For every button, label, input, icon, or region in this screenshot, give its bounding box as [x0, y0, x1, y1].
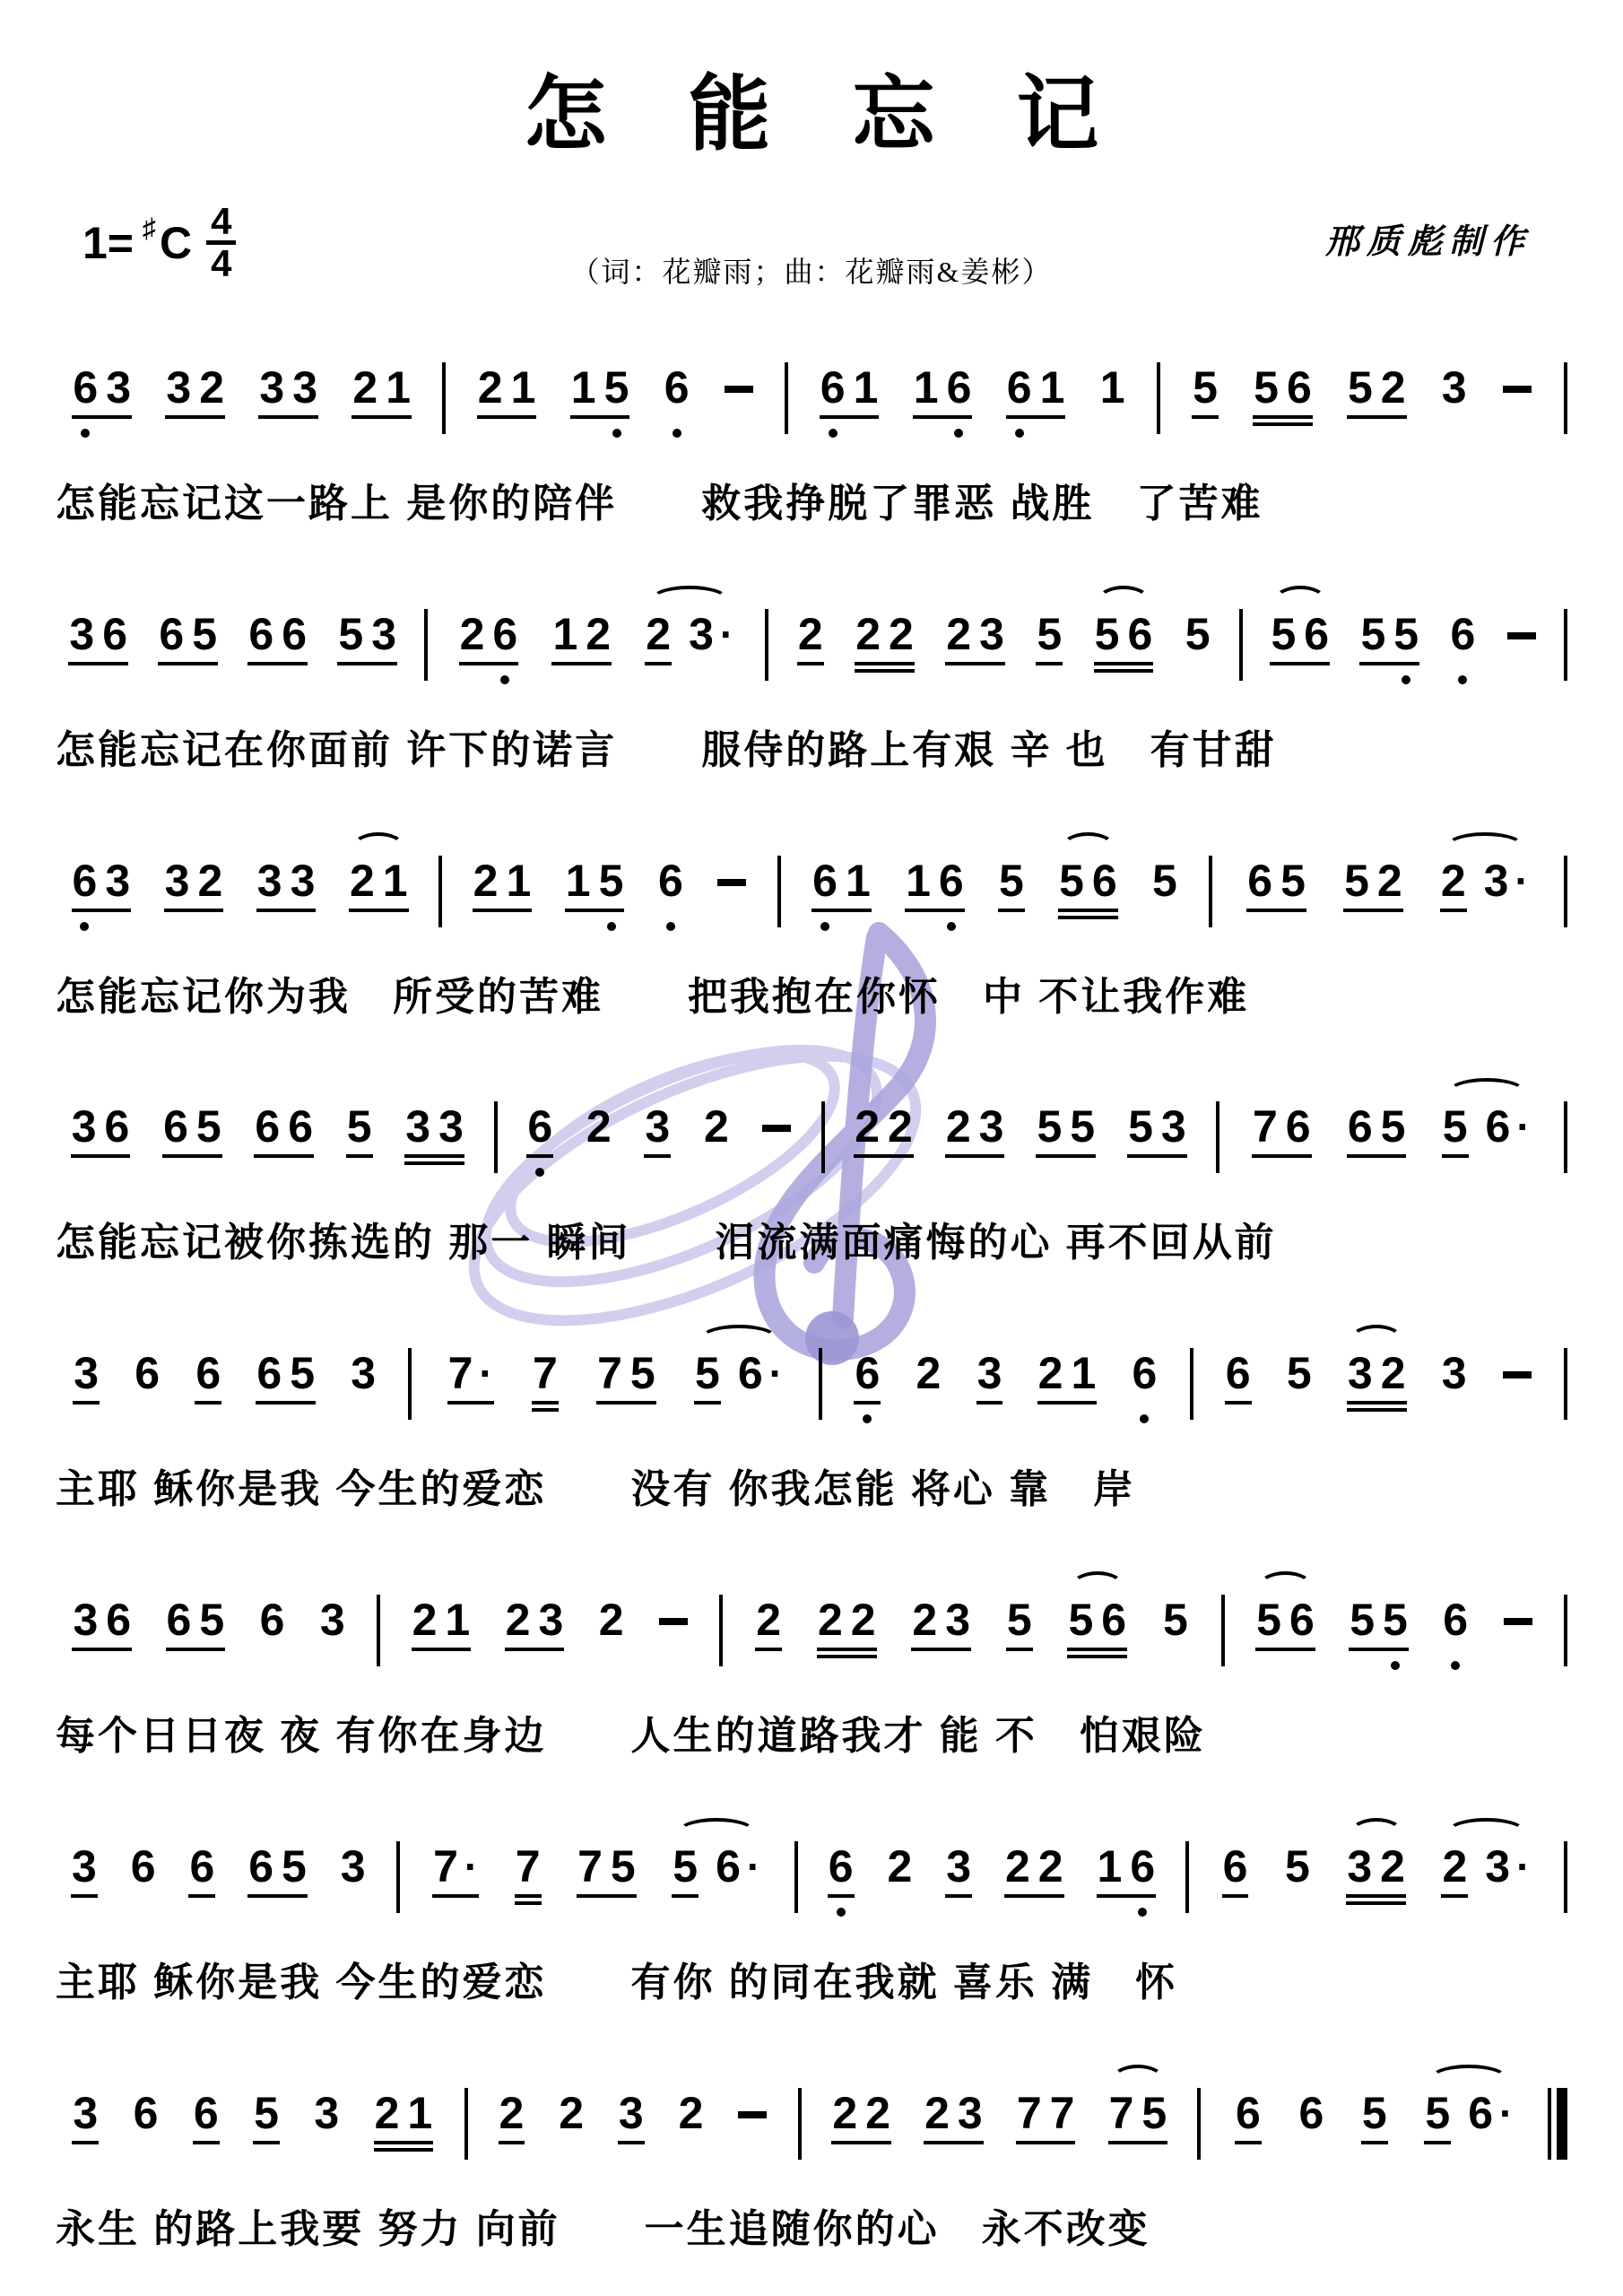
note-digit: 2	[1005, 1843, 1030, 1890]
measure: 66556·	[1215, 2090, 1533, 2136]
note: 33	[259, 364, 317, 411]
note-digit: 2	[851, 1596, 876, 1643]
note: 75	[1109, 2090, 1167, 2136]
eighth-beam	[499, 2141, 525, 2144]
note-digit: 2	[1441, 857, 1466, 904]
barline	[1564, 856, 1567, 927]
note-digit: 6	[664, 364, 690, 411]
dash	[1503, 386, 1532, 393]
dash	[762, 1125, 791, 1132]
note: 65	[1247, 857, 1306, 904]
note: 5	[1362, 2090, 1387, 2136]
low-octave-dot	[947, 922, 956, 931]
eighth-beam	[73, 1401, 100, 1405]
low-octave-dot	[1402, 675, 1410, 684]
measure: 7·77556·	[414, 1843, 780, 1890]
low-octave-dot	[1015, 429, 1024, 438]
measure: 766556·	[1234, 1103, 1549, 1150]
note-digit: 2	[704, 1103, 729, 1150]
note-digit: 3	[438, 1103, 464, 1150]
song-title: 怎 能 忘 记	[56, 48, 1567, 167]
note: 2	[916, 1350, 942, 1396]
eighth-beam	[164, 909, 224, 912]
note-digit: 5	[1443, 1103, 1468, 1150]
eighth-beam	[797, 662, 824, 665]
eighth-beam	[473, 909, 533, 912]
barline	[798, 2088, 802, 2160]
sixteenth-beam	[1347, 1408, 1407, 1412]
note-digit: 2	[1380, 1843, 1405, 1890]
note-digit: 5	[1362, 2090, 1387, 2136]
eighth-beam	[913, 415, 973, 419]
low-octave-dot	[666, 922, 675, 931]
eighth-beam	[256, 1401, 316, 1405]
note-digit: 5	[282, 1843, 307, 1890]
slur-group: 32	[1348, 1350, 1406, 1396]
lyrics-line: 怎能忘记你为我 所受的苦难 把我抱在你怀 中 不让我作难	[56, 974, 1567, 1022]
note: 3·	[1485, 1843, 1530, 1890]
note: 5	[695, 1350, 720, 1396]
eighth-beam	[618, 2141, 645, 2144]
note-digit: 5	[611, 1843, 636, 1890]
eighth-beam	[72, 415, 132, 419]
note: 2	[704, 1103, 729, 1150]
music-line: 366532122322223777566556·永生 的路上我要 努力 向前 …	[56, 2063, 1567, 2254]
note-digit: 6	[1007, 364, 1032, 411]
dash	[1503, 1371, 1532, 1378]
lyrics-line: 每个日日夜 夜 有你在身边 人生的道路我才 能 不 怕艰险	[56, 1713, 1567, 1761]
note: 3	[73, 2090, 98, 2136]
notation-row: 63323321211566116611556523	[56, 337, 1567, 481]
eighth-beam	[374, 2141, 434, 2144]
note: 36	[73, 1596, 131, 1643]
note-digit: 6	[1101, 1596, 1126, 1643]
eighth-beam	[256, 909, 317, 912]
low-octave-dot	[954, 429, 963, 438]
final-barline	[1548, 2088, 1567, 2160]
note-digit: 5	[254, 2090, 279, 2136]
note: 32	[1348, 1350, 1406, 1396]
note-digit: 6	[106, 1596, 131, 1643]
music-line: 3666537·77556·62321665323主耶 稣你是我 今生的爱恋 没…	[56, 1323, 1567, 1514]
low-octave-dot	[612, 429, 621, 438]
note-digit: 6	[855, 1350, 880, 1396]
low-octave-dot	[820, 922, 829, 931]
note-digit: 5	[1280, 857, 1306, 904]
sixteenth-beam	[1346, 1901, 1406, 1905]
eighth-beam	[346, 1154, 373, 1158]
sixteenth-beam	[1253, 422, 1313, 426]
eighth-beam	[998, 909, 1025, 912]
note: 6	[1226, 1350, 1251, 1396]
eighth-beam	[1225, 1401, 1252, 1405]
barline	[377, 1595, 380, 1666]
low-octave-dot	[1138, 1908, 1147, 1917]
eighth-beam	[945, 1154, 1005, 1158]
note-digit: 1	[383, 857, 408, 904]
eighth-beam	[1346, 1894, 1406, 1898]
eighth-beam	[1424, 2141, 1451, 2144]
note-digit: 3	[320, 1596, 345, 1643]
note: 6	[664, 364, 690, 411]
dash	[738, 2111, 767, 2118]
note-digit: 3	[405, 1103, 430, 1150]
eighth-beam	[1441, 1894, 1468, 1898]
eighth-beam	[1235, 2141, 1262, 2144]
eighth-beam	[924, 2141, 984, 2144]
note-digit: 7	[597, 1350, 622, 1396]
slur-group: 56	[1256, 1596, 1315, 1643]
note-digit: 2	[889, 611, 914, 657]
note-digit: 2	[1442, 1843, 1467, 1890]
note-digit: 3	[105, 857, 130, 904]
note: 6	[134, 2090, 159, 2136]
eighth-beam	[1246, 909, 1306, 912]
note-digit: 2	[350, 857, 375, 904]
note-digit: 6	[820, 364, 846, 411]
eighth-beam	[188, 1894, 215, 1898]
note: 5	[1152, 857, 1177, 904]
note-digit: 6	[1443, 1596, 1468, 1643]
eighth-beam	[1036, 662, 1063, 665]
note-digit: 5	[1152, 857, 1177, 904]
eighth-beam	[505, 1648, 565, 1651]
note: 26	[460, 611, 518, 657]
note-digit: 1	[1100, 364, 1125, 411]
note-digit: 5	[196, 1103, 221, 1150]
note-digit: 3	[259, 364, 284, 411]
note-digit: 7	[433, 1843, 458, 1890]
note: 3	[320, 1596, 345, 1643]
low-octave-dot	[607, 922, 616, 931]
note: 23	[946, 611, 1004, 657]
note-digit: 2	[1038, 1350, 1063, 1396]
eighth-beam	[1036, 1154, 1096, 1158]
note: 6·	[1468, 2090, 1513, 2136]
note-digit: 3	[979, 1103, 1004, 1150]
barline	[424, 609, 428, 681]
note: 2	[887, 1843, 912, 1890]
dash	[717, 879, 746, 886]
eighth-beam	[855, 662, 915, 665]
note-digit: 6	[1468, 2090, 1493, 2136]
note: 2	[599, 1596, 624, 1643]
barline	[494, 1101, 498, 1173]
note: 5	[999, 857, 1024, 904]
eighth-beam	[258, 415, 318, 419]
note-digit: 5	[999, 857, 1024, 904]
note: 36	[69, 611, 127, 657]
note: 2	[499, 2090, 525, 2136]
note: 5	[1163, 1596, 1188, 1643]
note: 6	[135, 1350, 160, 1396]
notation-row: 3666537·77556·62321665323	[56, 1323, 1567, 1466]
eighth-beam	[817, 1648, 877, 1651]
note-digit: 6	[1127, 611, 1152, 657]
note-digit: 6	[131, 1843, 156, 1890]
eighth-beam	[811, 909, 872, 912]
note: 63	[73, 364, 131, 411]
note-digit: 6	[527, 1103, 552, 1150]
eighth-beam	[1359, 662, 1419, 665]
note-digit: 3	[1484, 857, 1509, 904]
note-digit: 1	[914, 364, 939, 411]
note-digit: 5	[1068, 1596, 1093, 1643]
note-digit: 6	[159, 611, 184, 657]
note-digit: 6	[163, 1103, 188, 1150]
note-digit: 1	[1098, 1843, 1123, 1890]
note: 55	[1037, 1103, 1095, 1150]
eighth-beam	[432, 1894, 479, 1898]
note: 32	[165, 857, 223, 904]
music-line: 366566533623222235553766556·怎能忘记被你拣选的 那一…	[56, 1076, 1567, 1267]
note-digit: 6	[1236, 2090, 1261, 2136]
note: 16	[914, 364, 972, 411]
note-digit: 5	[604, 364, 629, 411]
score: 63323321211566116611556523怎能忘记这一路上 是你的陪伴…	[56, 337, 1567, 2253]
measure: 21232	[395, 1596, 705, 1643]
eighth-beam	[570, 415, 630, 419]
eighth-beam	[532, 1401, 559, 1405]
barline	[1190, 1348, 1193, 1420]
note: 7·	[448, 1350, 493, 1396]
eighth-beam	[854, 1401, 881, 1405]
note-digit: 2	[916, 1350, 942, 1396]
note-digit: 5	[1287, 1350, 1312, 1396]
augmentation-dot: ·	[1499, 2090, 1513, 2136]
eighth-beam	[253, 2141, 280, 2144]
note-digit: 1	[552, 611, 577, 657]
note-digit: 3	[73, 1596, 98, 1643]
note-digit: 6	[260, 1596, 285, 1643]
note-digit: 2	[412, 1596, 438, 1643]
dash	[725, 386, 753, 393]
eighth-beam	[644, 1154, 671, 1158]
note: 7	[533, 1350, 558, 1396]
eighth-beam	[911, 1648, 971, 1651]
note-digit: 3	[291, 857, 316, 904]
note-digit: 6	[829, 1843, 854, 1890]
note: 2	[559, 2090, 584, 2136]
measure: 63323321	[56, 364, 428, 411]
note: 5	[1287, 1350, 1312, 1396]
note-digit: 2	[197, 857, 222, 904]
augmentation-dot: ·	[747, 1843, 760, 1890]
note-digit: 5	[1007, 1596, 1032, 1643]
augmentation-dot: ·	[1516, 1103, 1530, 1150]
eighth-beam	[162, 1154, 222, 1158]
sheet-music-page: 怎 能 忘 记 1=♯C 4 4 （词：花瓣雨；曲：花瓣雨&姜彬） 邢质彪制作 …	[0, 0, 1623, 2296]
barline	[765, 609, 768, 681]
note: 77	[1017, 2090, 1075, 2136]
eighth-beam	[1253, 415, 1313, 419]
barline	[396, 1841, 400, 1913]
note: 55	[1350, 1596, 1408, 1643]
note-digit: 1	[506, 857, 531, 904]
note-digit: 3	[538, 1596, 563, 1643]
note: 6	[658, 857, 683, 904]
note: 6	[855, 1350, 880, 1396]
note: 56	[1271, 611, 1329, 657]
note-digit: 3	[979, 611, 1004, 657]
eighth-beam	[976, 1401, 1003, 1405]
note: 6	[1443, 1596, 1468, 1643]
note: 56	[1256, 1596, 1315, 1643]
note: 3	[977, 1350, 1002, 1396]
measure: 366566533	[56, 1103, 480, 1150]
eighth-beam	[1255, 1648, 1315, 1651]
eighth-beam	[1094, 662, 1154, 665]
barline-thick	[1557, 2088, 1567, 2160]
note-digit: 1	[906, 857, 931, 904]
augmentation-dot: ·	[1515, 857, 1528, 904]
note: 3	[1442, 1350, 1467, 1396]
note-digit: 6	[194, 2090, 219, 2136]
note: 6	[1236, 2090, 1261, 2136]
barline	[1564, 1841, 1567, 1913]
sixteenth-beam	[374, 2148, 434, 2152]
barline	[1197, 2088, 1201, 2160]
note: 21	[1038, 1350, 1097, 1396]
sixteenth-beam	[1067, 1655, 1127, 1658]
note-digit: 7	[448, 1350, 473, 1396]
note: 65	[256, 1350, 315, 1396]
note: 6·	[1486, 1103, 1531, 1150]
note-digit: 2	[1381, 1350, 1406, 1396]
eighth-beam	[1192, 415, 1219, 419]
eighth-beam	[254, 1154, 314, 1158]
note: 2	[586, 1103, 612, 1150]
note-digit: 7	[516, 1843, 541, 1890]
note: 1	[1100, 364, 1125, 411]
measure: 21156	[460, 364, 770, 411]
measure: 7·77556·	[426, 1350, 804, 1396]
eighth-beam	[577, 1894, 637, 1898]
barline	[1239, 609, 1243, 681]
measure: 3665321	[56, 2090, 450, 2136]
note-digit: 2	[559, 2090, 584, 2136]
note: 32	[166, 364, 224, 411]
note-digit: 3	[73, 2090, 98, 2136]
eighth-beam	[831, 2141, 891, 2144]
eighth-beam	[72, 2141, 99, 2144]
note-digit: 3	[619, 2090, 644, 2136]
note-digit: 5	[1254, 364, 1279, 411]
note: 6	[260, 1596, 285, 1643]
note-digit: 2	[865, 2090, 890, 2136]
note: 3·	[1484, 857, 1529, 904]
notation-row: 36656653261223·22223556556556	[56, 584, 1567, 727]
note: 3	[946, 1843, 971, 1890]
note-digit: 6	[135, 1350, 160, 1396]
note: 23	[912, 1596, 970, 1643]
note-digit: 6	[1286, 1103, 1311, 1150]
barline	[464, 2088, 468, 2160]
note: 66	[255, 1103, 313, 1150]
measure: 222235565	[783, 611, 1225, 657]
barline	[821, 1101, 825, 1173]
lyrics-line: 主耶 稣你是我 今生的爱恋 没有 你我怎能 将心 靠 岸	[56, 1466, 1567, 1514]
note: 3	[1442, 364, 1467, 411]
barline	[1564, 609, 1567, 681]
note: 32	[1347, 1843, 1405, 1890]
note: 16	[1098, 1843, 1156, 1890]
note: 6	[527, 1103, 552, 1150]
note-digit: 1	[571, 364, 596, 411]
note-digit: 3	[977, 1350, 1002, 1396]
notation-row: 3666537·77556·6232216653223·	[56, 1816, 1567, 1960]
note-digit: 2	[646, 611, 671, 657]
note: 56	[1059, 857, 1117, 904]
note: 75	[597, 1350, 655, 1396]
note-digit: 3	[946, 1843, 971, 1890]
eighth-beam	[1006, 1648, 1033, 1651]
note-digit: 3	[371, 611, 396, 657]
sixteenth-beam	[855, 669, 915, 673]
note: 61	[820, 364, 879, 411]
note: 21	[473, 857, 532, 904]
note: 21	[352, 364, 411, 411]
barline	[442, 362, 446, 434]
note: 5	[1037, 611, 1062, 657]
measure: 61165565	[795, 857, 1194, 904]
note: 2	[679, 2090, 704, 2136]
eighth-beam	[1440, 909, 1467, 912]
note-digit: 1	[1071, 1350, 1096, 1396]
measure: 56556	[1257, 611, 1549, 657]
note-digit: 5	[599, 857, 624, 904]
note-digit: 2	[599, 1596, 624, 1643]
eighth-beam	[477, 415, 537, 419]
dash	[659, 1618, 688, 1625]
header-meta: 1=♯C 4 4 （词：花瓣雨；曲：花瓣雨&姜彬） 邢质彪制作	[56, 167, 1567, 337]
note-digit: 6	[73, 857, 98, 904]
note: 6	[1223, 1843, 1248, 1890]
note-digit: 5	[1059, 857, 1084, 904]
eighth-beam	[565, 909, 625, 912]
music-line: 3665632123222223556556556每个日日夜 夜 有你在身边 人…	[56, 1570, 1567, 1761]
slur-group: 56·	[673, 1843, 760, 1890]
augmentation-dot: ·	[769, 1350, 783, 1396]
barline	[1185, 1841, 1189, 1913]
note-digit: 5	[1185, 611, 1211, 657]
note: 6	[195, 1350, 221, 1396]
note-digit: 6	[738, 1350, 763, 1396]
note: 61	[1007, 364, 1065, 411]
measure: 22237775	[816, 2090, 1183, 2136]
barline	[1209, 856, 1212, 927]
eighth-beam	[1442, 1154, 1469, 1158]
slur-group: 56·	[695, 1350, 783, 1396]
meter-numerator: 4	[206, 203, 236, 245]
note: 65	[248, 1843, 307, 1890]
measure: 366653	[56, 1843, 382, 1890]
note: 3	[645, 1103, 670, 1150]
note-digit: 6	[256, 1350, 282, 1396]
note-digit: 2	[352, 364, 378, 411]
note-digit: 7	[1253, 1103, 1278, 1150]
eighth-beam	[1347, 415, 1407, 419]
sixteenth-beam	[1094, 669, 1154, 673]
barline-thin	[1548, 2088, 1551, 2160]
note-digit: 6	[255, 1103, 280, 1150]
slur-group: 21	[350, 857, 408, 904]
sixteenth-beam	[1058, 916, 1118, 919]
note: 56	[1068, 1596, 1126, 1643]
eighth-beam	[694, 1401, 721, 1405]
barline	[1221, 1595, 1225, 1666]
note: 7·	[433, 1843, 478, 1890]
